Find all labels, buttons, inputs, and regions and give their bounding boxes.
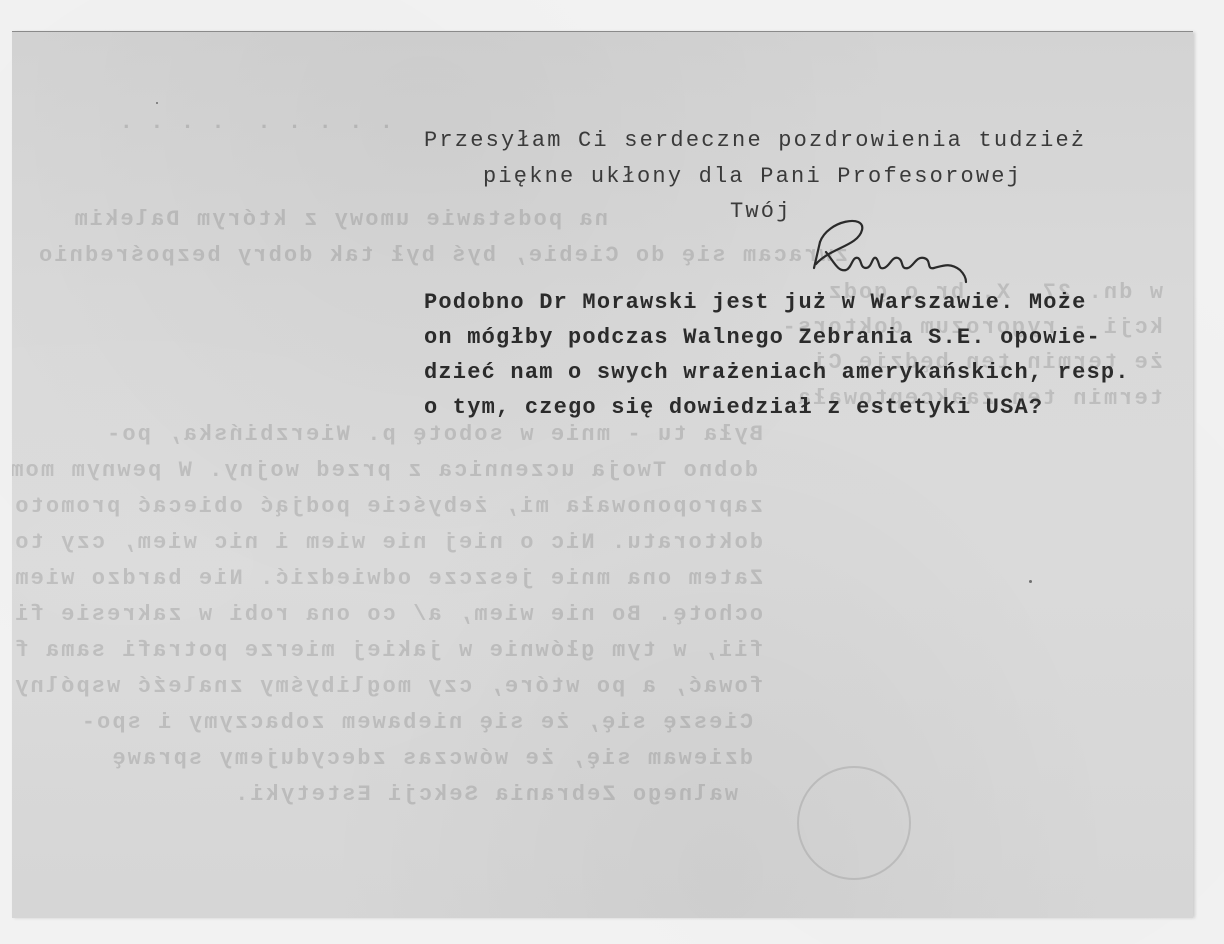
bleed-line: walnego Zebrania Sekcji Estetyki. — [233, 782, 738, 807]
bleed-line: doktoratu. Nic o niej nie wiem i nic wie… — [12, 530, 763, 555]
bleed-line: Była tu - mnie w sobotę p. Wierzbińska, … — [105, 422, 763, 447]
bleed-line: dobno Twoja uczennica z przed wojny. W p… — [12, 458, 758, 483]
bleed-line: na podstawie umowy z którym Dalekim — [72, 207, 608, 232]
bleed-line: zwracam się do Ciebie, byś był tak dobry… — [37, 243, 848, 268]
bleed-line: zaproponowała mi, żebyście podjąć obieca… — [12, 494, 763, 519]
postscript-line-3: dzieć nam o swych wrażeniach amerykański… — [424, 362, 1130, 384]
closing-twoj: Twój — [730, 201, 792, 223]
closing-line-1: Przesyłam Ci serdeczne pozdrowienia tudz… — [424, 130, 1086, 152]
bleed-line: fować, a po wtóre, czy moglibyśmy znaleź… — [12, 674, 763, 699]
bleed-line: fii, w tym głównie w jakiej mierze potra… — [12, 638, 763, 663]
handwritten-signature — [800, 212, 980, 292]
postscript-line-4: o tym, czego się dowiedział z estetyki U… — [424, 397, 1043, 419]
closing-line-2: piękne ukłony dla Pani Profesorowej — [483, 166, 1022, 188]
bleed-line: . . . . . . . . . — [118, 110, 393, 135]
bleed-line: ochotę. Bo nie wiem, a/ co ona robi w za… — [12, 602, 763, 627]
speck — [1029, 580, 1032, 583]
postscript-line-1: Podobno Dr Morawski jest już w Warszawie… — [424, 292, 1087, 314]
speck — [156, 102, 158, 104]
bleed-line: dziewam się, że wówczas zdecydujemy spra… — [110, 746, 753, 771]
postscript-line-2: on mógłby podczas Walnego Zebrania S.E. … — [424, 327, 1101, 349]
bleed-line: Cieszę się, że się niebawem zobaczymy i … — [80, 710, 753, 735]
faded-stamp — [797, 766, 911, 880]
bleed-line: Zatem ona mnie jeszcze odwiedzić. Nie ba… — [12, 566, 763, 591]
